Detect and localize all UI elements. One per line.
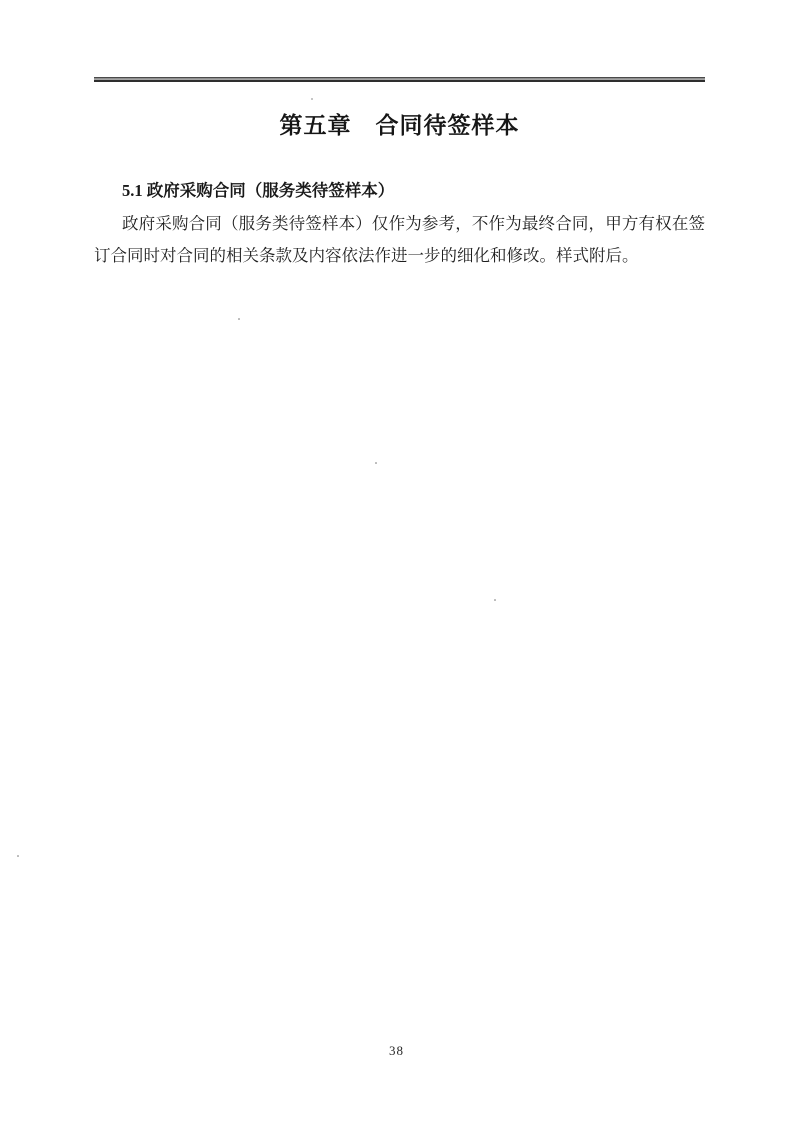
body-paragraph: 政府采购合同（服务类待签样本）仅作为参考，不作为最终合同，甲方有权在签订合同时对… [94,208,705,272]
section-heading: 5.1 政府采购合同（服务类待签样本） [94,178,705,204]
scan-speck [238,318,240,320]
page-number: 38 [0,1043,793,1059]
scan-speck [375,462,377,464]
page-content: 第五章 合同待签样本 5.1 政府采购合同（服务类待签样本） 政府采购合同（服务… [94,77,705,272]
scan-speck [311,98,313,100]
document-page: 第五章 合同待签样本 5.1 政府采购合同（服务类待签样本） 政府采购合同（服务… [0,0,793,1122]
chapter-title: 第五章 合同待签样本 [94,110,705,142]
scan-speck [494,599,496,601]
scan-speck [17,855,19,857]
header-double-rule [94,77,705,82]
